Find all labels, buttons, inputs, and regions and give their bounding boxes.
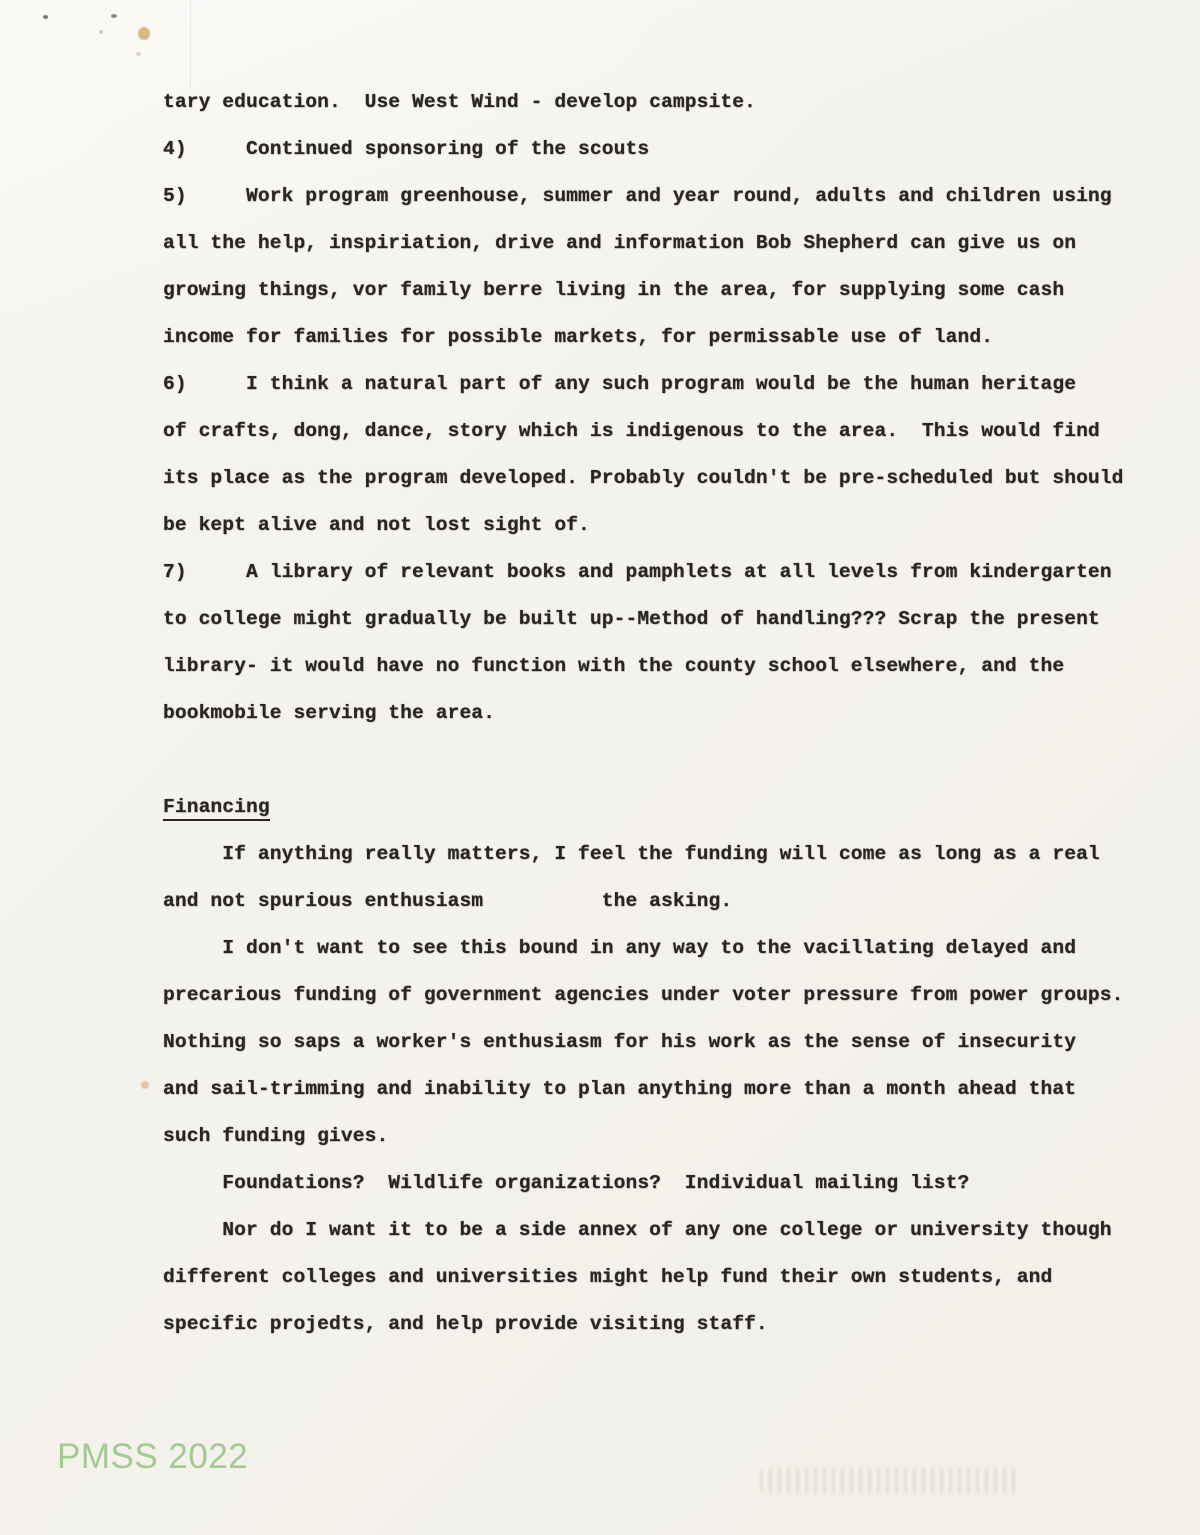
typed-line: different colleges and universities migh… [163, 1254, 1153, 1301]
paper-speck [136, 52, 141, 56]
paper-stain [141, 1081, 149, 1089]
typed-line-item-7: 7) A library of relevant books and pamph… [163, 549, 1153, 596]
typed-text-block: tary education. Use West Wind - develop … [163, 79, 1153, 1348]
typed-line: its place as the program developed. Prob… [163, 455, 1153, 502]
watermark: PMSS 2022 [57, 1437, 248, 1477]
paper-smudge [760, 1468, 1020, 1494]
typed-line: specific projedts, and help provide visi… [163, 1301, 1153, 1348]
typed-line: library- it would have no function with … [163, 643, 1153, 690]
typed-line-item-5: 5) Work program greenhouse, summer and y… [163, 173, 1153, 220]
paper-speck [111, 14, 117, 18]
blank-line [163, 737, 1153, 784]
typed-line: Nor do I want it to be a side annex of a… [163, 1207, 1153, 1254]
typed-line: tary education. Use West Wind - develop … [163, 79, 1153, 126]
typed-line: income for families for possible markets… [163, 314, 1153, 361]
paper-speck [43, 15, 48, 19]
typed-line: Foundations? Wildlife organizations? Ind… [163, 1160, 1153, 1207]
paper-stain [138, 27, 150, 40]
section-heading-text: Financing [163, 796, 270, 821]
typed-line: If anything really matters, I feel the f… [163, 831, 1153, 878]
section-heading-financing: Financing [163, 784, 1153, 831]
typed-line: such funding gives. [163, 1113, 1153, 1160]
scanned-page: tary education. Use West Wind - develop … [0, 0, 1200, 1535]
typed-line: and not spurious enthusiasm the asking. [163, 878, 1153, 925]
typed-line: precarious funding of government agencie… [163, 972, 1153, 1019]
typed-line: of crafts, dong, dance, story which is i… [163, 408, 1153, 455]
typed-line: to college might gradually be built up--… [163, 596, 1153, 643]
typed-line: I don't want to see this bound in any wa… [163, 925, 1153, 972]
typed-line: be kept alive and not lost sight of. [163, 502, 1153, 549]
typed-line: and sail-trimming and inability to plan … [163, 1066, 1153, 1113]
typed-line: growing things, vor family berre living … [163, 267, 1153, 314]
typed-line: bookmobile serving the area. [163, 690, 1153, 737]
typed-line: all the help, inspiriation, drive and in… [163, 220, 1153, 267]
paper-speck [99, 30, 103, 34]
typed-line: Nothing so saps a worker's enthusiasm fo… [163, 1019, 1153, 1066]
typed-line-item-6: 6) I think a natural part of any such pr… [163, 361, 1153, 408]
typed-line-item-4: 4) Continued sponsoring of the scouts [163, 126, 1153, 173]
paper-crease [190, 0, 191, 88]
